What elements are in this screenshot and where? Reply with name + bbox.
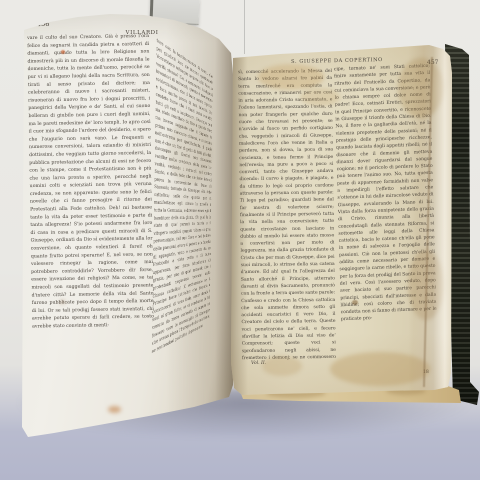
right-page-column-1: sì, comecché accelerando la Messa del Sa…	[238, 67, 336, 362]
foxing-stain	[168, 118, 212, 184]
backdrop-seam-line	[244, 0, 245, 54]
foxing-stain	[300, 88, 340, 106]
right-page: S. GIUSEPPE DA COPERTINO 457 sì, comecch…	[230, 43, 454, 397]
left-page: 456 VILLARDI vare il culto del suo Creat…	[22, 13, 234, 439]
foxing-stain	[61, 50, 65, 54]
foxing-stain	[352, 300, 358, 305]
book-photo: 456 VILLARDI vare il culto del suo Creat…	[0, 0, 480, 480]
foxing-stain	[398, 58, 444, 118]
foxing-stain	[258, 64, 324, 90]
left-page-number: 456	[37, 20, 50, 28]
foxing-stain	[330, 352, 430, 386]
foxing-stain	[60, 300, 65, 304]
left-page-column-2: tore con la testimonianza di tanti, che …	[151, 37, 213, 379]
foxing-stain	[108, 406, 121, 413]
foxing-stain	[262, 356, 302, 376]
left-page-column-1: vare il culto del suo Creatore. Già è pr…	[27, 32, 155, 378]
